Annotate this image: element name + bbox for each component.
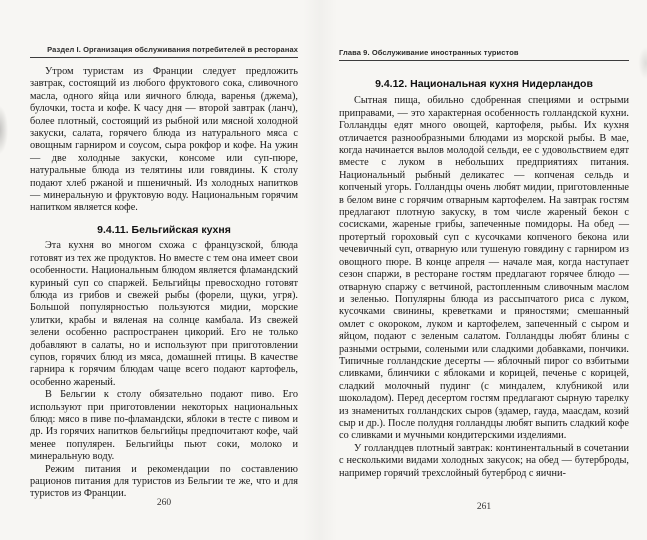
- page-number-left: 260: [30, 498, 298, 508]
- body-paragraph: Эта кухня во многом схожа с французской,…: [30, 240, 298, 389]
- body-paragraph: Режим питания и рекомендации по составле…: [30, 464, 298, 501]
- right-page: Глава 9. Обслуживание иностранных турист…: [339, 48, 629, 480]
- page-number-right: 261: [339, 502, 629, 512]
- running-head-left: Раздел I. Организация обслуживания потре…: [30, 45, 298, 58]
- page-gutter-shade: [303, 0, 337, 540]
- scanned-book-spread: { "book": { "left_page": { "running_head…: [0, 0, 647, 540]
- section-heading-dutch-cuisine: 9.4.12. Национальная кухня Нидерландов: [339, 78, 629, 90]
- left-page-body: Утром туристам из Франции следует предло…: [30, 66, 298, 501]
- body-paragraph: Утром туристам из Франции следует предло…: [30, 66, 298, 215]
- scan-smudge-right: [635, 40, 647, 86]
- right-page-body: 9.4.12. Национальная кухня Нидерландов С…: [339, 78, 629, 480]
- body-paragraph: У голландцев плотный завтрак: континента…: [339, 443, 629, 480]
- left-page: Раздел I. Организация обслуживания потре…: [30, 45, 298, 501]
- section-heading-belgian-cuisine: 9.4.11. Бельгийская кухня: [30, 224, 298, 236]
- body-paragraph: В Бельгии к столу обязательно подают пив…: [30, 389, 298, 463]
- scan-smudge-left: [0, 95, 12, 165]
- body-paragraph: Сытная пища, обильно сдобренная специями…: [339, 95, 629, 442]
- running-head-right: Глава 9. Обслуживание иностранных турист…: [339, 48, 629, 61]
